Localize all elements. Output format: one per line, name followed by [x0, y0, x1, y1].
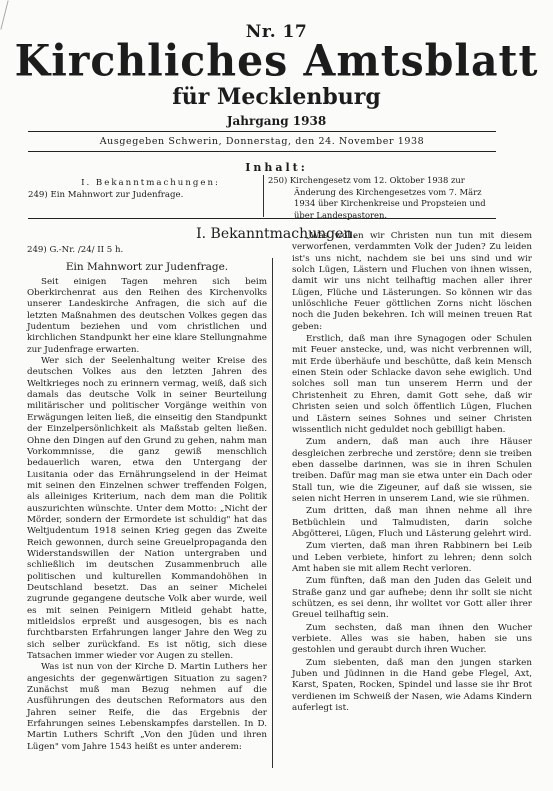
article-reference: 249) G.-Nr. /24/ II 5 h.: [27, 245, 267, 256]
toc-heading: Inhalt:: [0, 161, 553, 174]
paragraph: Seit einigen Tagen mehren sich beim Ober…: [27, 277, 267, 356]
quote-paragraph: „Was wollen wir Christen nun tun mit die…: [292, 231, 532, 333]
toc-column-divider: [263, 175, 264, 217]
toc-left-column: I. Bekanntmachungen: 249) Ein Mahnwort z…: [28, 177, 263, 201]
divider-contents: [28, 218, 496, 219]
quote-paragraph: Zum fünften, daß man den Juden das Gelei…: [292, 576, 532, 621]
quote-paragraph: Zum vierten, daß man ihren Rabbinern bei…: [292, 541, 532, 575]
toc-right-column: 250) Kirchengesetz vom 12. Oktober 1938 …: [268, 175, 500, 221]
toc-section-label: I. Bekanntmachungen:: [28, 177, 263, 189]
article-right-column: „Was wollen wir Christen nun tun mit die…: [292, 231, 532, 714]
toc-entry: 250) Kirchengesetz vom 12. Oktober 1938 …: [268, 175, 500, 221]
article-left-column: 249) G.-Nr. /24/ II 5 h. Ein Mahnwort zu…: [27, 245, 267, 753]
quote-paragraph: Zum sechsten, daß man ihnen den Wucher v…: [292, 623, 532, 657]
issued-line: Ausgegeben Schwerin, Donnerstag, den 24.…: [28, 136, 496, 147]
paragraph: Was ist nun von der Kirche D. Martin Lut…: [27, 662, 267, 753]
paragraph: Wer sich der Seelenhaltung weiter Kreise…: [27, 356, 267, 662]
quote-paragraph: Zum siebenten, daß man den jungen starke…: [292, 658, 532, 715]
volume-year: Jahrgang 1938: [0, 114, 553, 128]
quote-paragraph: Erstlich, daß man ihre Synagogen oder Sc…: [292, 334, 532, 436]
publication-subtitle: für Mecklenburg: [0, 84, 553, 110]
toc-entry: 249) Ein Mahnwort zur Judenfrage.: [28, 189, 263, 201]
divider-issued: [28, 151, 496, 152]
article-title: Ein Mahnwort zur Judenfrage.: [27, 262, 267, 273]
quote-paragraph: Zum dritten, daß man ihnen nehme all ihr…: [292, 506, 532, 540]
publication-title: Kirchliches Amtsblatt: [0, 37, 553, 85]
column-divider: [272, 258, 273, 768]
divider-top: [28, 131, 496, 132]
quote-paragraph: Zum andern, daß man auch ihre Häuser des…: [292, 437, 532, 505]
